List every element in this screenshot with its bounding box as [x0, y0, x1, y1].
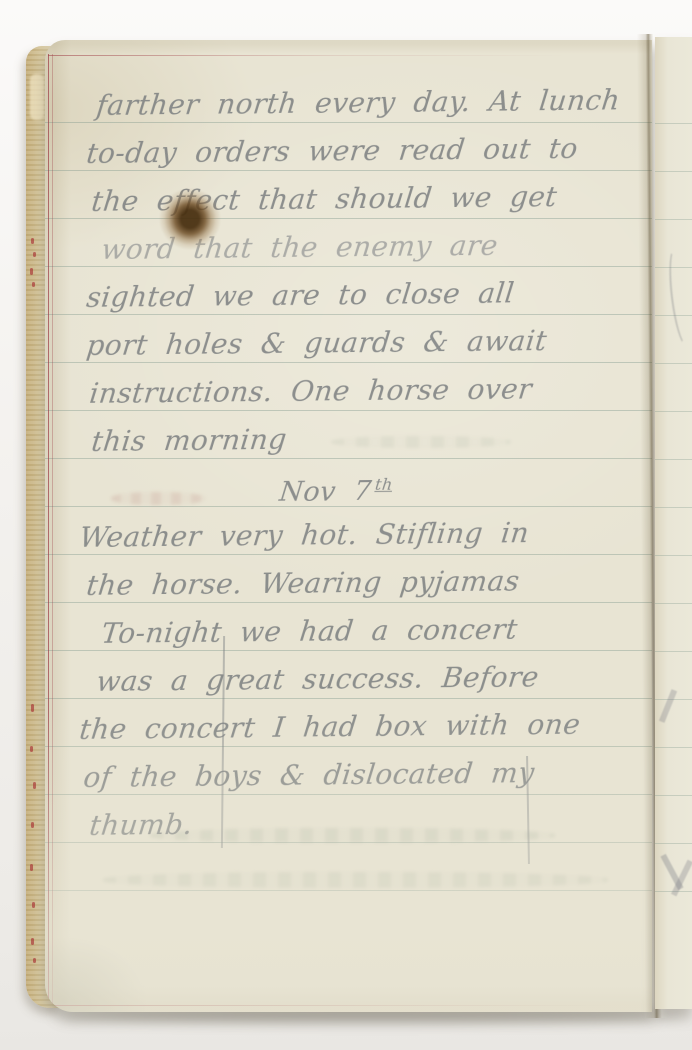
red-edge-fleck	[32, 902, 35, 908]
red-edge-fleck	[30, 746, 33, 752]
diary-line: instructions. One horse over	[88, 375, 534, 408]
ink-stain	[158, 188, 222, 250]
entry-date-text: Nov 7	[278, 476, 373, 508]
red-edge-fleck	[33, 782, 36, 789]
notebook-right-page-sliver	[655, 37, 692, 1009]
red-edge-fleck	[31, 238, 34, 244]
red-edge-fleck	[31, 822, 34, 828]
diary-line: To-night we had a concert	[100, 616, 519, 648]
diary-line: was a great success. Before	[95, 663, 540, 696]
entry-date-heading: Nov 7th	[278, 477, 394, 506]
red-edge-fleck	[33, 958, 36, 963]
red-edge-fleck	[31, 938, 34, 945]
diary-line: this morning	[90, 426, 288, 456]
diary-line: the horse. Wearing pyjamas	[85, 567, 521, 600]
edge-chip	[30, 74, 44, 120]
ruled-lines	[655, 123, 692, 908]
red-edge-fleck	[31, 704, 34, 712]
diary-line: sighted we are to close all	[85, 279, 516, 312]
page-bottom-fade	[45, 712, 652, 1012]
diary-line: farther north every day. At lunch	[95, 86, 622, 120]
entry-date-ordinal-suffix: th	[374, 475, 394, 494]
diary-line: port holes & guards & await	[85, 327, 548, 360]
notebook-left-page: farther north every day. At lunch to-day…	[45, 40, 652, 1012]
notebook-scan: farther north every day. At lunch to-day…	[0, 0, 692, 1050]
diary-line: Weather very hot. Stifling in	[78, 519, 531, 552]
red-edge-fleck	[33, 252, 36, 257]
diary-line: to-day orders were read out to	[85, 135, 579, 168]
red-edge-fleck	[30, 864, 33, 871]
red-edge-fleck	[32, 282, 35, 287]
red-edge-fleck	[30, 268, 33, 275]
diary-line: word that the enemy are	[100, 232, 499, 264]
